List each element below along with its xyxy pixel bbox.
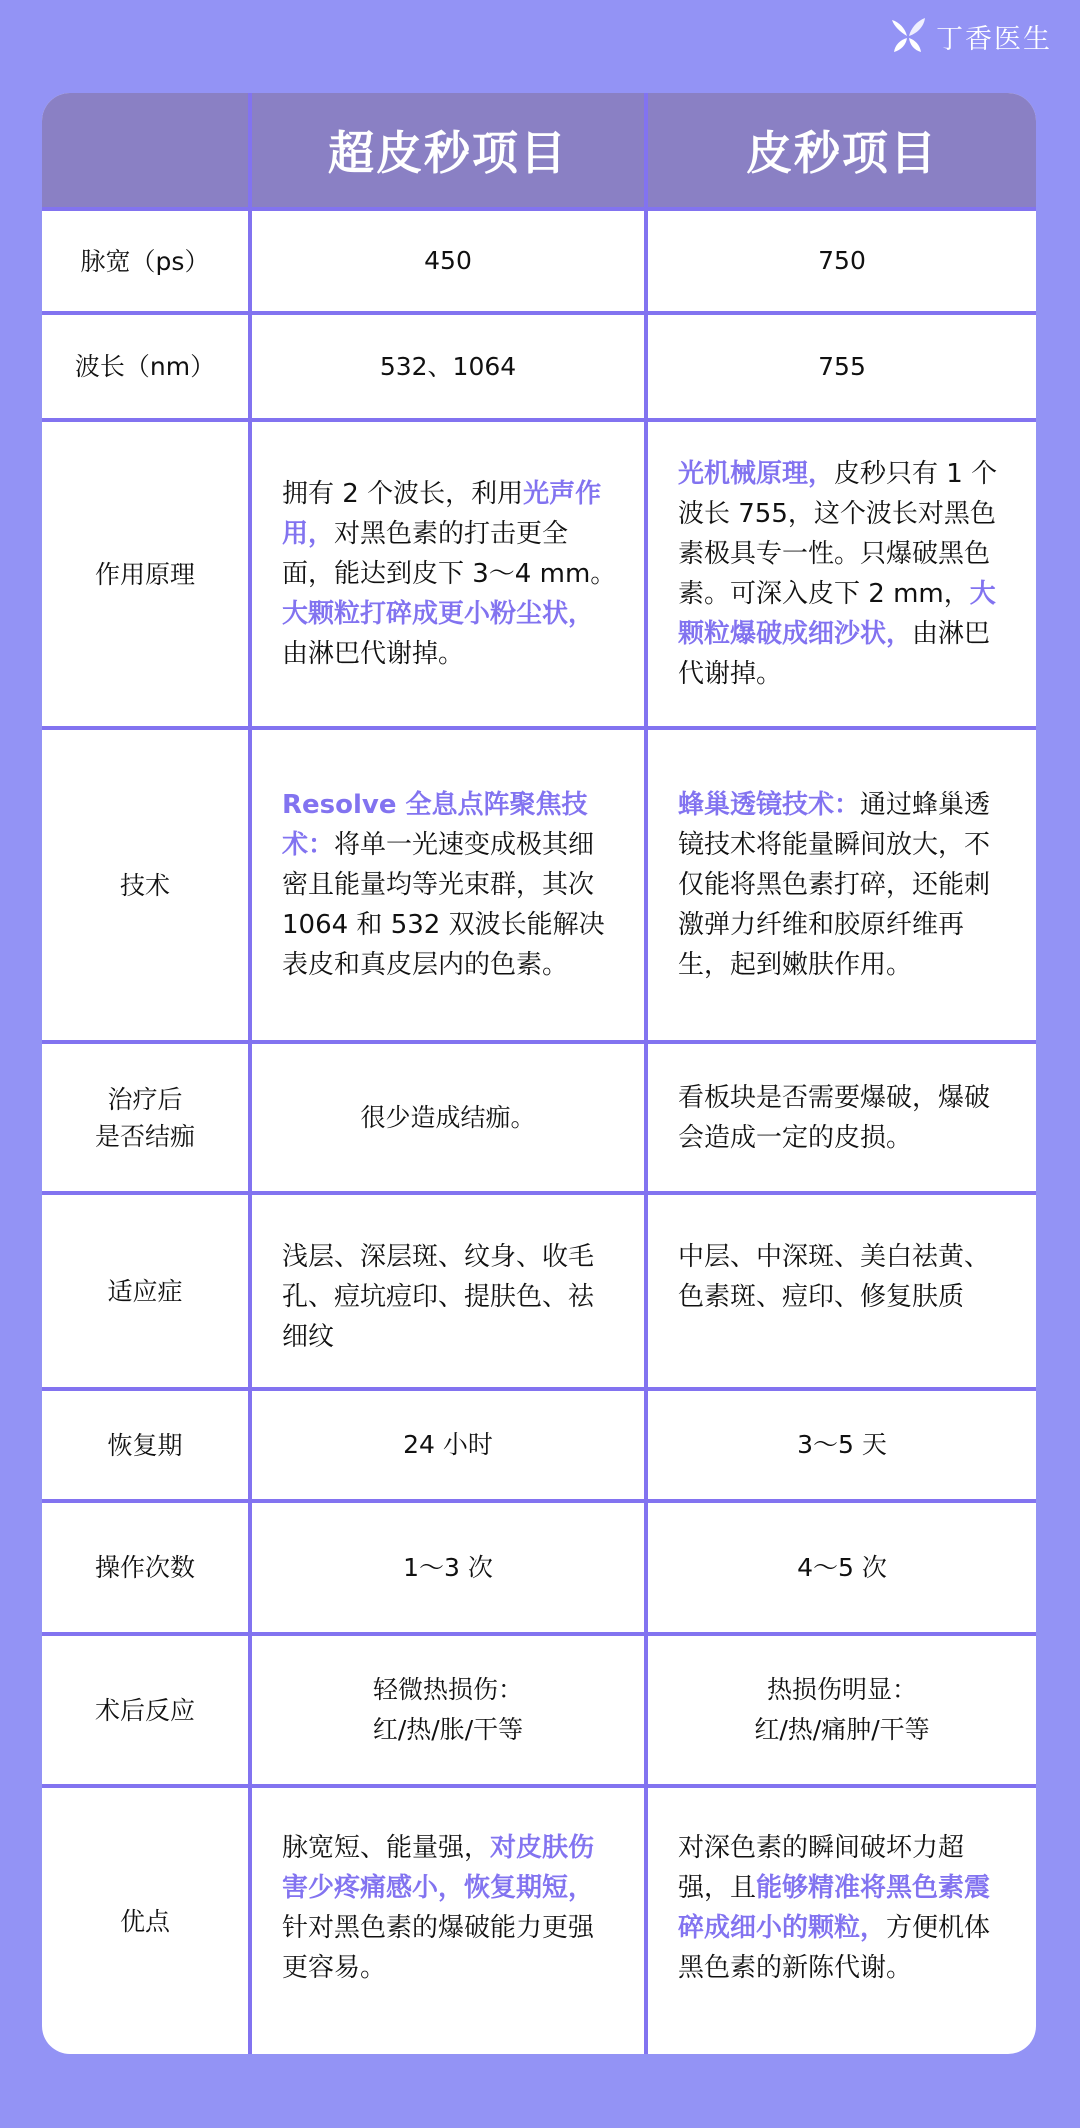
brand-name: 丁香医生 [936, 17, 1052, 56]
text-segment: 针对黑色素的爆破能力更强更容易。 [282, 1913, 594, 1983]
ultra-value: 532、1064 [250, 313, 646, 420]
ultra-value: 1～3 次 [250, 1501, 646, 1634]
table-row-technology: 技术 Resolve 全息点阵聚焦技术：将单一光速变成极其细密且能量均等光束群，… [42, 728, 1036, 1042]
table-row-sessions: 操作次数 1～3 次 4～5 次 [42, 1501, 1036, 1634]
row-label: 治疗后 是否结痂 [42, 1042, 250, 1193]
value-line: 轻微热损伤： [252, 1670, 644, 1710]
value-line: 红/热/痛肿/干等 [648, 1710, 1036, 1750]
table-row-mechanism: 作用原理 拥有 2 个波长，利用光声作用，对黑色素的打击更全面，能达到皮下 3～… [42, 420, 1036, 728]
text-segment: 由淋巴代谢掉。 [282, 639, 464, 669]
value-line: 热损伤明显： [648, 1670, 1036, 1710]
table-row-advantages: 优点 脉宽短、能量强，对皮肤伤害少疼痛感小，恢复期短，针对黑色素的爆破能力更强更… [42, 1786, 1036, 2054]
clove-flower-icon [888, 16, 928, 56]
ultra-value: 450 [250, 209, 646, 313]
row-label: 优点 [42, 1786, 250, 2054]
pico-value: 蜂巢透镜技术：通过蜂巢透镜技术将能量瞬间放大，不仅能将黑色素打碎，还能刺激弹力纤… [646, 728, 1036, 1042]
pico-value: 4～5 次 [646, 1501, 1036, 1634]
highlight-segment: 蜂巢透镜技术： [678, 790, 860, 820]
header-empty-cell [42, 93, 250, 209]
table-header-row: 超皮秒项目 皮秒项目 [42, 93, 1036, 209]
header-ultra-picosecond: 超皮秒项目 [250, 93, 646, 209]
pico-value: 对深色素的瞬间破坏力超强，且能够精准将黑色素震碎成细小的颗粒，方便机体黑色素的新… [646, 1786, 1036, 2054]
ultra-value: 浅层、深层斑、纹身、收毛孔、痘坑痘印、提肤色、祛细纹 [250, 1193, 646, 1389]
pico-value: 755 [646, 313, 1036, 420]
highlight-segment: 大颗粒打碎成更小粉尘状， [282, 599, 594, 629]
text-segment: 脉宽短、能量强， [282, 1833, 490, 1863]
comparison-table-card: 超皮秒项目 皮秒项目 脉宽（ps） 450 750 波长（nm） 532、106… [42, 93, 1036, 2054]
ultra-value: Resolve 全息点阵聚焦技术：将单一光速变成极其细密且能量均等光束群，其次 … [250, 728, 646, 1042]
table-row-indications: 适应症 浅层、深层斑、纹身、收毛孔、痘坑痘印、提肤色、祛细纹 中层、中深斑、美白… [42, 1193, 1036, 1389]
row-label: 术后反应 [42, 1634, 250, 1786]
row-label: 适应症 [42, 1193, 250, 1389]
row-label: 技术 [42, 728, 250, 1042]
row-label: 波长（nm） [42, 313, 250, 420]
row-label: 脉宽（ps） [42, 209, 250, 313]
ultra-value: 24 小时 [250, 1389, 646, 1501]
row-label-line: 治疗后 [42, 1081, 248, 1118]
ultra-value: 很少造成结痂。 [250, 1042, 646, 1193]
row-label: 作用原理 [42, 420, 250, 728]
ultra-value: 轻微热损伤： 红/热/胀/干等 [250, 1634, 646, 1786]
table-row-scabbing: 治疗后 是否结痂 很少造成结痂。 看板块是否需要爆破，爆破会造成一定的皮损。 [42, 1042, 1036, 1193]
value-line: 红/热/胀/干等 [252, 1710, 644, 1750]
pico-value: 中层、中深斑、美白祛黄、色素斑、痘印、修复肤质 [646, 1193, 1036, 1389]
comparison-table: 超皮秒项目 皮秒项目 脉宽（ps） 450 750 波长（nm） 532、106… [42, 93, 1036, 2054]
table-row-wavelength: 波长（nm） 532、1064 755 [42, 313, 1036, 420]
pico-value: 看板块是否需要爆破，爆破会造成一定的皮损。 [646, 1042, 1036, 1193]
table-row-postop-reaction: 术后反应 轻微热损伤： 红/热/胀/干等 热损伤明显： 红/热/痛肿/干等 [42, 1634, 1036, 1786]
row-label: 操作次数 [42, 1501, 250, 1634]
highlight-segment: 光机械原理， [678, 459, 834, 489]
pico-value: 热损伤明显： 红/热/痛肿/干等 [646, 1634, 1036, 1786]
pico-value: 750 [646, 209, 1036, 313]
brand-logo: 丁香医生 [888, 16, 1052, 56]
text-segment: 拥有 2 个波长，利用 [282, 479, 523, 509]
table-row-pulse-width: 脉宽（ps） 450 750 [42, 209, 1036, 313]
row-label: 恢复期 [42, 1389, 250, 1501]
header-picosecond: 皮秒项目 [646, 93, 1036, 209]
pico-value: 光机械原理，皮秒只有 1 个波长 755，这个波长对黑色素极具专一性。只爆破黑色… [646, 420, 1036, 728]
ultra-value: 拥有 2 个波长，利用光声作用，对黑色素的打击更全面，能达到皮下 3～4 mm。… [250, 420, 646, 728]
ultra-value: 脉宽短、能量强，对皮肤伤害少疼痛感小，恢复期短，针对黑色素的爆破能力更强更容易。 [250, 1786, 646, 2054]
pico-value: 3～5 天 [646, 1389, 1036, 1501]
table-row-recovery: 恢复期 24 小时 3～5 天 [42, 1389, 1036, 1501]
row-label-line: 是否结痂 [42, 1118, 248, 1155]
